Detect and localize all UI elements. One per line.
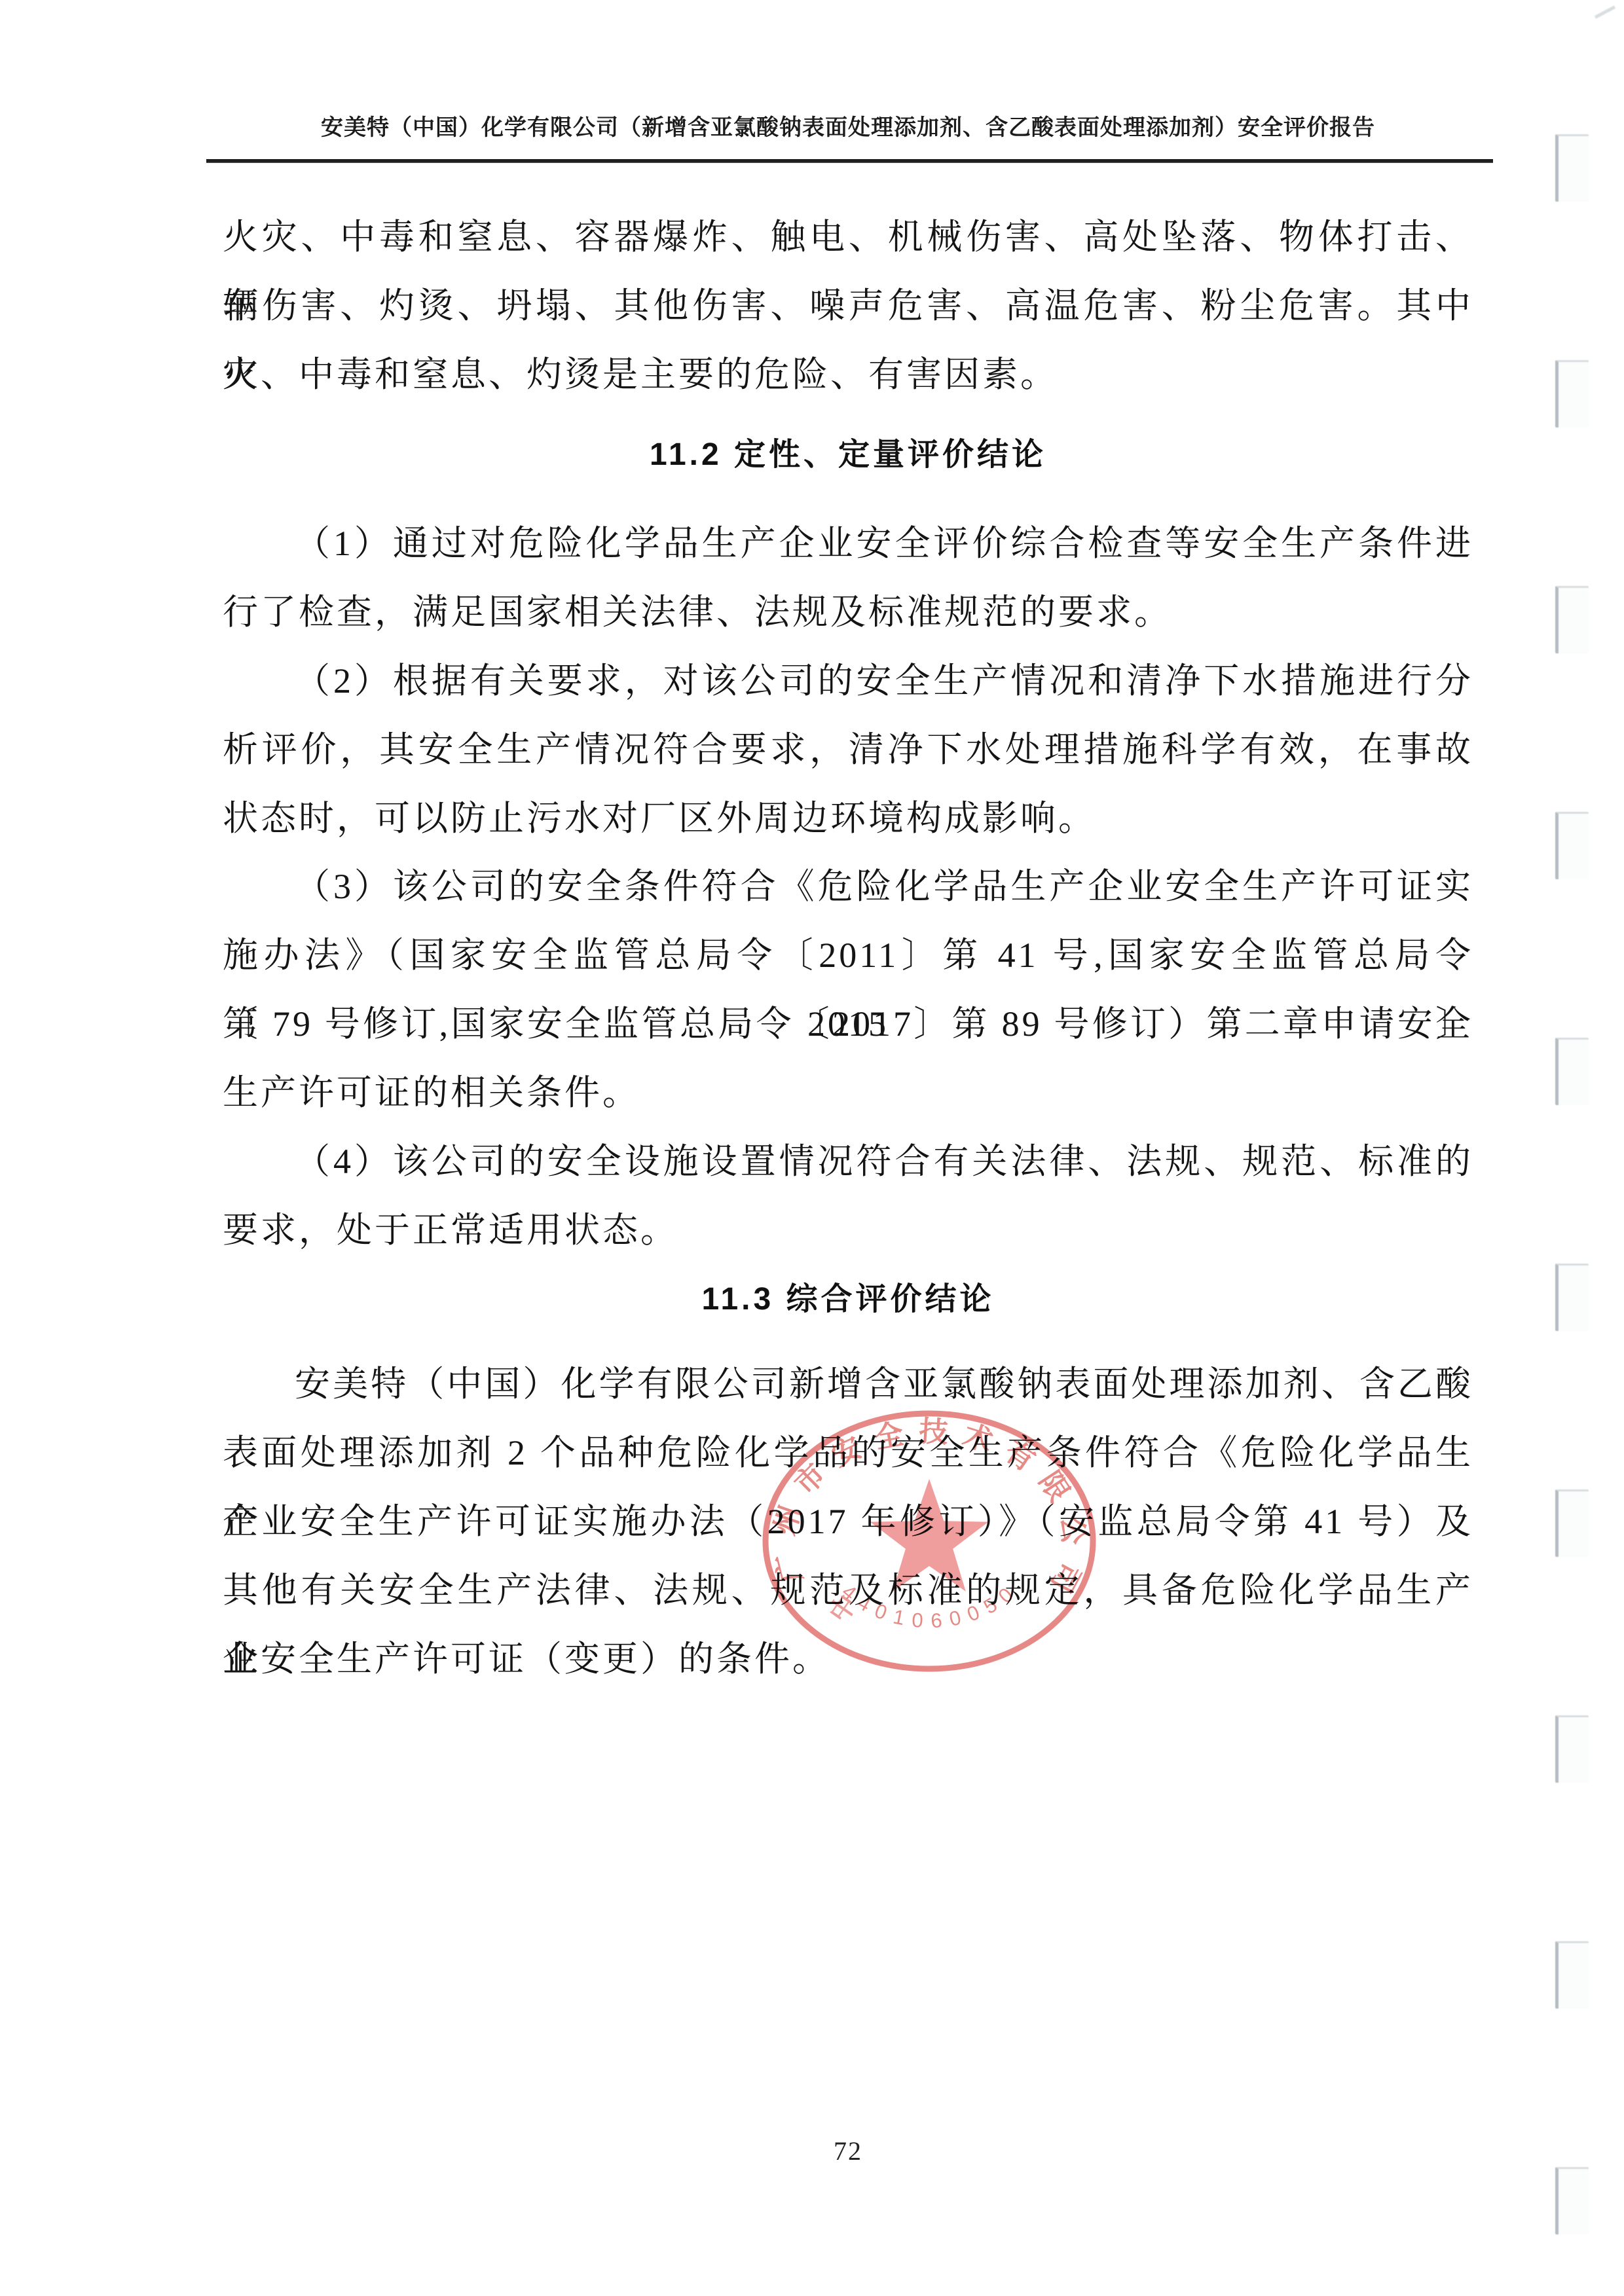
text-line: 表面处理添加剂 2 个品种危险化学品的安全生产条件符合《危险化学品生产 [223, 1419, 1473, 1487]
text-line: 辆伤害、灼烫、坍塌、其他伤害、噪声危害、高温危害、粉尘危害。其中火 [223, 272, 1473, 340]
binding-mark [1555, 360, 1589, 428]
binding-mark [1555, 1489, 1589, 1557]
paragraph-1: （1）通过对危险化学品生产企业安全评价综合检查等安全生产条件进 行了检查，满足国… [223, 509, 1473, 647]
page-number: 72 [223, 2136, 1473, 2166]
text-line: 第 79 号修订,国家安全监管总局令〔2017〕第 89 号修订）第二章申请安全 [223, 990, 1473, 1059]
paragraph-3: （3）该公司的安全条件符合《危险化学品生产企业安全生产许可证实 施办法》（国家安… [223, 852, 1473, 1127]
binding-mark [1555, 134, 1589, 202]
page-header-title: 安美特（中国）化学有限公司（新增含亚氯酸钠表面处理添加剂、含乙酸表面处理添加剂）… [223, 105, 1473, 151]
text-line: 其他有关安全生产法律、法规、规范及标准的规定，具备危险化学品生产企 [223, 1556, 1473, 1625]
scanned-report-page: 安美特（中国）化学有限公司（新增含亚氯酸钠表面处理添加剂、含乙酸表面处理添加剂）… [0, 0, 1624, 2296]
paragraph-4: （4）该公司的安全设施设置情况符合有关法律、法规、规范、标准的 要求，处于正常适… [223, 1127, 1473, 1265]
text-line: 生产许可证的相关条件。 [223, 1059, 1473, 1127]
binding-mark [1555, 812, 1589, 879]
text-line: 要求，处于正常适用状态。 [223, 1196, 1473, 1265]
text-line: 状态时，可以防止污水对厂区外周边环境构成影响。 [223, 784, 1473, 853]
paragraph-2: （2）根据有关要求，对该公司的安全生产情况和清净下水措施进行分 析评价，其安全生… [223, 647, 1473, 853]
section-heading-11-2: 11.2 定性、定量评价结论 [223, 422, 1473, 488]
conclusion-paragraph: 安美特（中国）化学有限公司新增含亚氯酸钠表面处理添加剂、含乙酸 表面处理添加剂 … [223, 1350, 1473, 1694]
text-line: 灾、中毒和窒息、灼烫是主要的危险、有害因素。 [223, 340, 1473, 409]
header-rule [206, 159, 1493, 163]
scan-artifact [1595, 5, 1615, 18]
binding-mark [1555, 1715, 1589, 1783]
text-line: （2）根据有关要求，对该公司的安全生产情况和清净下水措施进行分 [223, 647, 1473, 716]
text-line: 析评价，其安全生产情况符合要求，清净下水处理措施科学有效，在事故 [223, 716, 1473, 784]
text-line: 安美特（中国）化学有限公司新增含亚氯酸钠表面处理添加剂、含乙酸 [223, 1350, 1473, 1419]
binding-mark [1555, 586, 1589, 653]
text-line: 行了检查，满足国家相关法律、法规及标准规范的要求。 [223, 578, 1473, 647]
text-line: 业安全生产许可证（变更）的条件。 [223, 1625, 1473, 1694]
intro-paragraph: 火灾、中毒和窒息、容器爆炸、触电、机械伤害、高处坠落、物体打击、车 辆伤害、灼烫… [223, 203, 1473, 409]
text-line: （4）该公司的安全设施设置情况符合有关法律、法规、规范、标准的 [223, 1127, 1473, 1196]
binding-mark [1555, 1941, 1589, 2009]
section-heading-11-3: 11.3 综合评价结论 [223, 1267, 1473, 1332]
text-line: 企业安全生产许可证实施办法（2017 年修订）》（安监总局令第 41 号）及 [223, 1487, 1473, 1556]
text-line: 火灾、中毒和窒息、容器爆炸、触电、机械伤害、高处坠落、物体打击、车 [223, 203, 1473, 272]
text-line: （3）该公司的安全条件符合《危险化学品生产企业安全生产许可证实 [223, 852, 1473, 921]
binding-mark [1555, 2167, 1589, 2234]
binding-mark [1555, 1038, 1589, 1105]
text-line: 施办法》（国家安全监管总局令〔2011〕第 41 号,国家安全监管总局令〔201… [223, 921, 1473, 990]
binding-mark [1555, 1264, 1589, 1331]
text-line: （1）通过对危险化学品生产企业安全评价综合检查等安全生产条件进 [223, 509, 1473, 578]
